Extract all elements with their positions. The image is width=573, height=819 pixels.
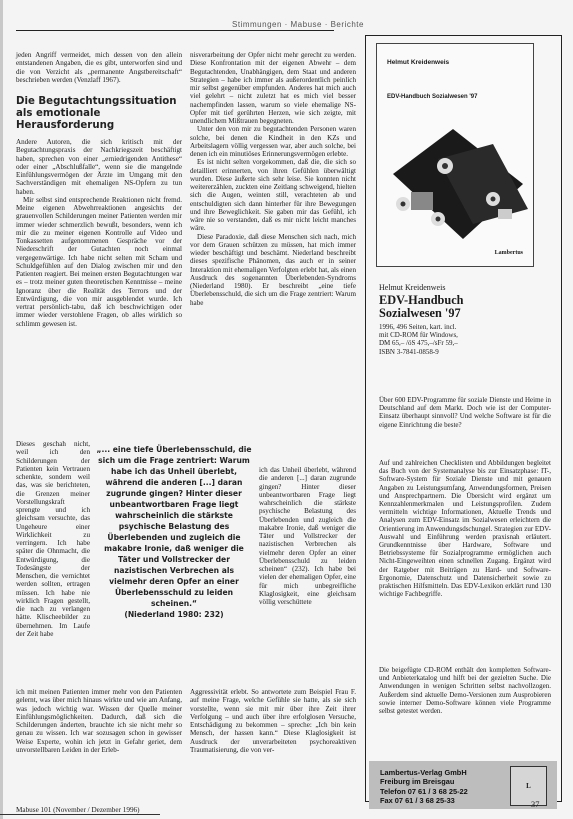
floppy-disks-icon — [383, 114, 533, 249]
publisher-contact-box: Lambertus-Verlag GmbH Freiburg im Breisg… — [369, 761, 557, 809]
column2-paragraph-2: Unter den von mir zu begutachtenden Pers… — [190, 125, 356, 158]
book-description-3: Die beigefügte CD-ROM enthält den komple… — [379, 666, 551, 715]
book-meta: 1996, 496 Seiten, kart. incl. mit CD-ROM… — [379, 323, 551, 356]
column2-paragraph-4: Diese Paradoxie, daß diese Menschen sich… — [190, 233, 356, 307]
column2-paragraph-3: Es ist nicht selten vorgekommen, daß die… — [190, 158, 356, 232]
column1-narrow-text: Dieses geschah nicht, weil ich den Schil… — [16, 440, 90, 638]
publisher-fax: Fax 07 61 / 3 68 25-33 — [380, 796, 468, 805]
column2-narrow-text: ich das Unheil überlebt, während die and… — [259, 466, 356, 606]
column1-intro: jeden Angriff vermeidet, mich dessen von… — [16, 51, 182, 84]
publisher-name: Lambertus-Verlag GmbH — [380, 768, 468, 777]
page-edge — [0, 0, 3, 819]
running-head: Stimmungen · Mabuse · Berichte — [232, 20, 364, 29]
publisher-city: Freiburg im Breisgau — [380, 777, 468, 786]
column1-paragraph-1: Andere Autoren, die sich kritisch mit de… — [16, 138, 182, 196]
page-number: 37 — [531, 800, 539, 809]
column1-bottom-text: ich mit meinen Patienten immer mehr von … — [16, 688, 182, 754]
book-meta-line: DM 65,– /öS 475,–/sFr 59,– — [379, 339, 551, 347]
section-heading: Die Begutachtungssituation als emotional… — [16, 96, 182, 132]
book-author: Helmut Kreidenweis — [379, 284, 551, 292]
book-cover-publisher: Lambertus — [495, 250, 523, 256]
publisher-logo-icon: L — [510, 766, 547, 806]
pull-quote: „... eine tiefe Überlebensschuld, die si… — [94, 444, 254, 620]
article-column-1: jeden Angriff vermeidet, mich dessen von… — [16, 51, 182, 328]
publisher-contact: Lambertus-Verlag GmbH Freiburg im Breisg… — [380, 768, 468, 805]
publisher-phone: Telefon 07 61 / 3 68 25-22 — [380, 787, 468, 796]
pull-quote-citation: (Niederland 1980: 232) — [94, 609, 254, 620]
footer-rule — [0, 814, 160, 815]
header-rule — [16, 30, 334, 31]
book-description-2: Auf und zahlreichen Checklisten und Abbi… — [379, 459, 551, 598]
book-advertisement: Helmut Kreidenweis EDV-Handbuch Sozialwe… — [365, 35, 562, 802]
article-column-2: nisverarbeitung der Opfer nicht mehr ger… — [190, 51, 356, 307]
footer-issue: Mabuse 101 (November / Dezember 1996) — [16, 806, 140, 814]
column2-paragraph-1: nisverarbeitung der Opfer nicht mehr ger… — [190, 51, 356, 125]
book-cover-title: EDV-Handbuch Sozialwesen '97 — [387, 94, 477, 100]
book-cover-author: Helmut Kreidenweis — [387, 59, 449, 66]
pull-quote-text: „... eine tiefe Überlebensschuld, die si… — [94, 444, 254, 609]
book-title-line-2: Sozialwesen '97 — [379, 307, 551, 320]
book-meta-line: mit CD-ROM für Windows, — [379, 331, 551, 339]
book-cover: Helmut Kreidenweis EDV-Handbuch Sozialwe… — [376, 43, 534, 267]
book-meta-line: ISBN 3-7841-0858-9 — [379, 348, 551, 356]
column2-bottom-text: Aggressivität erlebt. So antwortete zum … — [190, 688, 356, 754]
book-meta-line: 1996, 496 Seiten, kart. incl. — [379, 323, 551, 331]
book-title: EDV-Handbuch Sozialwesen '97 — [379, 294, 551, 320]
column1-paragraph-2: Mir selbst sind entsprechende Reaktionen… — [16, 196, 182, 328]
book-description-1: Über 600 EDV-Programme für soziale Diens… — [379, 396, 551, 429]
